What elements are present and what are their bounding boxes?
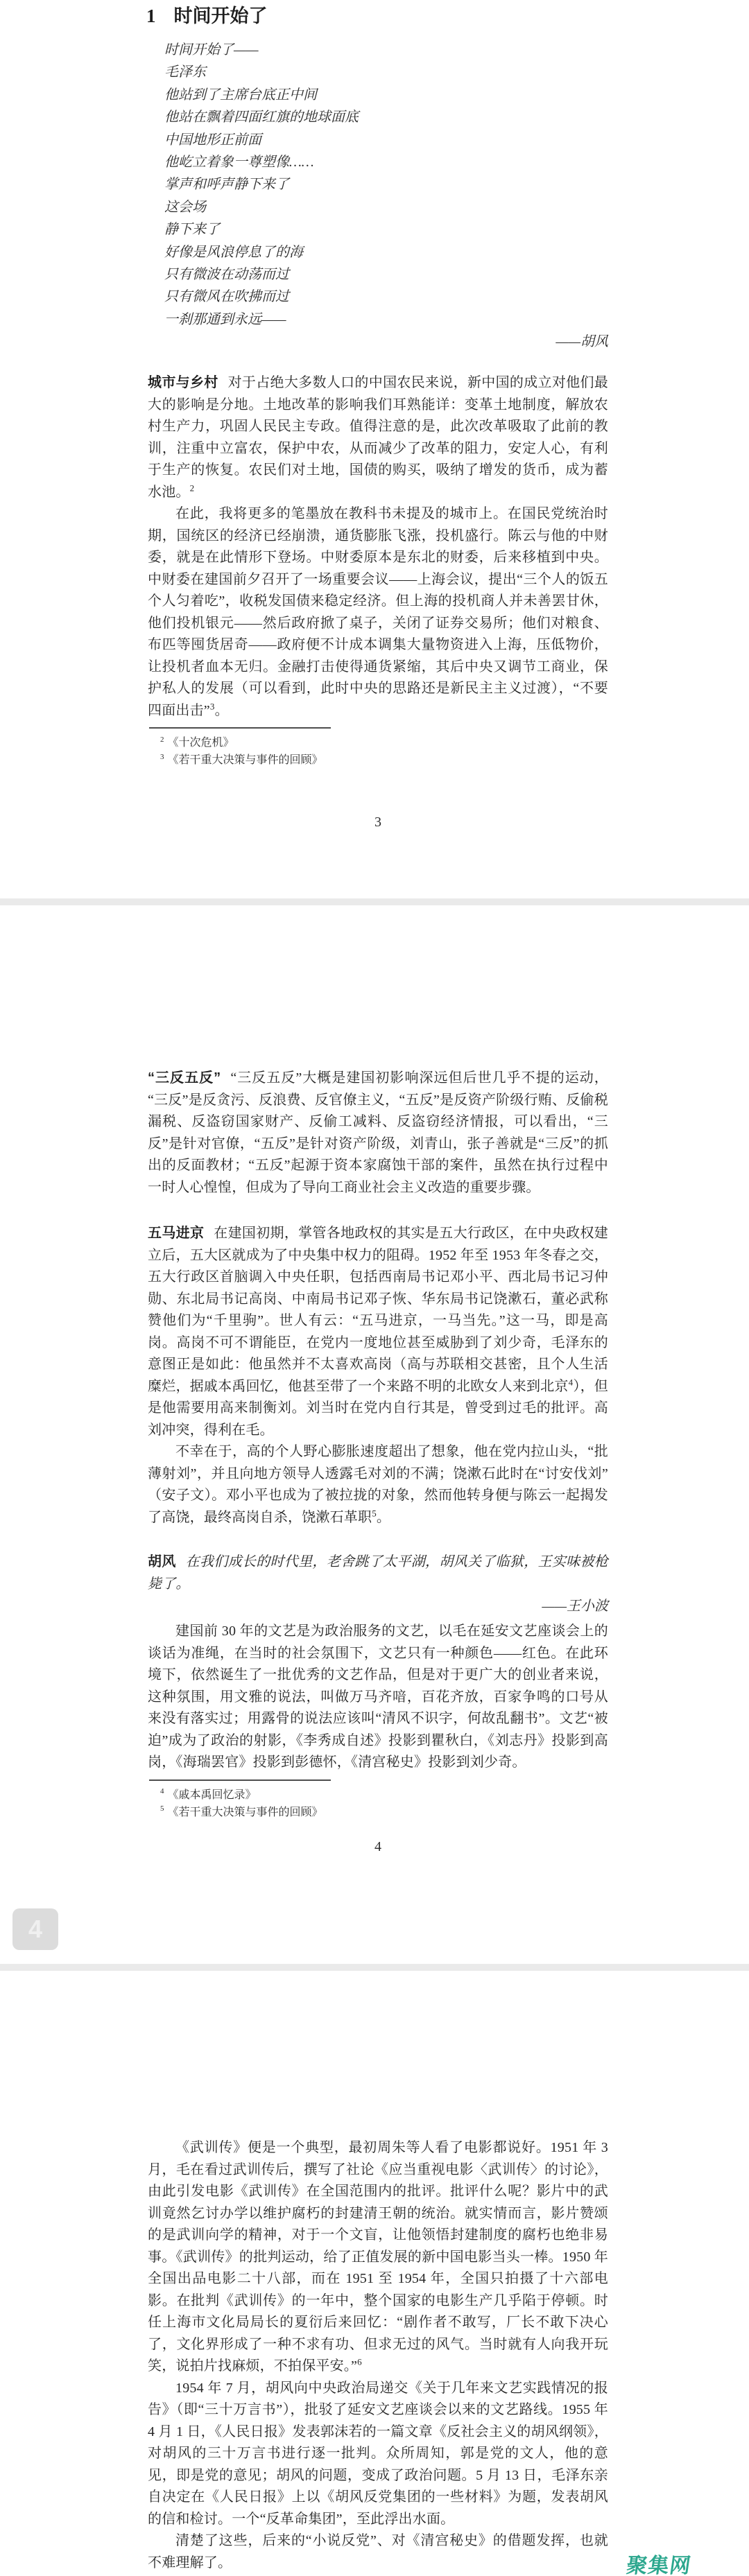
section-hufeng: 胡风在我们成长的时代里，老舍跳了太平湖，胡风关了临狱，王实味被枪毙了。 bbox=[148, 1551, 608, 1595]
footnote-item: 3《若干重大决策与事件的回顾》 bbox=[148, 751, 608, 769]
paragraph-wuxunzhuan: 《武训传》便是一个典型，最初周朱等人看了电影都说好。1951 年 3 月，毛在看… bbox=[148, 2137, 608, 2378]
poem-line: 时间开始了—— bbox=[164, 39, 608, 61]
page-indicator-badge: 4 bbox=[12, 1908, 58, 1950]
book-page-5: 《武训传》便是一个典型，最初周朱等人看了电影都说好。1951 年 3 月，毛在看… bbox=[0, 1971, 749, 2576]
poem-line: 中国地形正前面 bbox=[164, 129, 608, 151]
section-city-country: 城市与乡村对于占绝大多数人口的中国农民来说，新中国的成立对他们最大的影响是分地。… bbox=[148, 372, 608, 503]
section-wuma-jinjing: 五马进京在建国初期，掌管各地政权的其实是五大行政区，在中央政权建立后，五大区就成… bbox=[148, 1223, 608, 1441]
section-body: 对于占绝大多数人口的中国农民来说，新中国的成立对他们最大的影响是分地。土地改革的… bbox=[148, 375, 608, 500]
section-heading: 胡风 bbox=[148, 1554, 176, 1569]
paragraph-tail: 。 bbox=[377, 1510, 390, 1525]
paragraph-inflation: 在此，我将更多的笔墨放在教科书未提及的城市上。在国民党统治时期，国统区的经济已经… bbox=[148, 503, 608, 722]
poem-line: 一刹那通到永远—— bbox=[164, 308, 608, 331]
poem-block: 时间开始了—— 毛泽东 他站到了主席台底正中间 他站在飘着四面红旗的地球面底 中… bbox=[164, 39, 608, 331]
paragraph-conclusion: 清楚了这些，后来的“小说反党”、对《清宫秘史》的借题发挥，也就不难理解了。 bbox=[148, 2530, 608, 2574]
page-separator-band bbox=[0, 1964, 749, 1971]
paragraph-body: 《武训传》便是一个典型，最初周朱等人看了电影都说好。1951 年 3 月，毛在看… bbox=[148, 2140, 608, 2374]
paragraph-hufeng-report: 1954 年 7 月，胡风向中央政治局递交《关于几年来文艺实践情况的报告》（即“… bbox=[148, 2378, 608, 2531]
footnote-ref-3: 3 bbox=[210, 701, 215, 711]
chapter-title-text: 时间开始了 bbox=[174, 6, 268, 26]
document-reader: 1时间开始了 时间开始了—— 毛泽东 他站到了主席台底正中间 他站在飘着四面红旗… bbox=[0, 0, 749, 2576]
poem-line: 这会场 bbox=[164, 196, 608, 218]
paragraph-wenyi: 建国前 30 年的文艺是为政治服务的文艺，以毛在延安文艺座谈会上的谈话为准绳，在… bbox=[148, 1621, 608, 1774]
paragraph-gaorao: 不幸在于，高的个人野心膨胀速度超出了想象，他在党内拉山头，“批薄射刘”，并且向地… bbox=[148, 1441, 608, 1529]
page-number: 4 bbox=[148, 1839, 608, 1855]
section-heading: 城市与乡村 bbox=[148, 375, 218, 390]
page-number: 3 bbox=[148, 815, 608, 830]
footnote-separator bbox=[149, 1779, 331, 1781]
footnote-text: 《十次危机》 bbox=[168, 737, 234, 749]
poem-line: 他站在飘着四面红旗的地球面底 bbox=[164, 106, 608, 128]
poem-line: 他站到了主席台底正中间 bbox=[164, 84, 608, 106]
footnote-text: 《若干重大决策与事件的回顾》 bbox=[168, 1807, 323, 1818]
paragraph-body: 在此，我将更多的笔墨放在教科书未提及的城市上。在国民党统治时期，国统区的经济已经… bbox=[148, 506, 608, 718]
poem-line: 掌声和呼声静下来了 bbox=[164, 173, 608, 195]
poem-line: 只有微波在动荡而过 bbox=[164, 263, 608, 286]
footnote-separator bbox=[149, 727, 331, 729]
site-watermark: 聚集网 bbox=[625, 2548, 694, 2576]
footnote-ref-6: 6 bbox=[357, 2356, 362, 2367]
section-body: “三反五反”大概是建国初影响深远但后世几乎不提的运动，“三反”是反贪污、反浪费、… bbox=[148, 1070, 608, 1195]
section-body: 在建国初期，掌管各地政权的其实是五大行政区，在中央政权建立后，五大区就成为了中央… bbox=[148, 1226, 608, 1394]
paragraph-body: 建国前 30 年的文艺是为政治服务的文艺，以毛在延安文艺座谈会上的谈话为准绳，在… bbox=[148, 1624, 608, 1770]
footnote-number: 2 bbox=[160, 736, 164, 744]
footnote-number: 4 bbox=[160, 1787, 164, 1795]
paragraph-tail: 。 bbox=[215, 703, 229, 718]
section-heading: 五马进京 bbox=[148, 1226, 204, 1241]
footnote-text: 《戚本禹回忆录》 bbox=[168, 1789, 257, 1801]
footnote-item: 2《十次危机》 bbox=[148, 734, 608, 751]
footnote-number: 3 bbox=[160, 753, 164, 761]
quote-attribution: ——王小波 bbox=[148, 1596, 608, 1616]
footnote-item: 4《戚本禹回忆录》 bbox=[148, 1786, 608, 1804]
poem-line: 好像是风浪停息了的海 bbox=[164, 241, 608, 263]
page-separator-band bbox=[0, 898, 749, 905]
footnote-item: 5《若干重大决策与事件的回顾》 bbox=[148, 1804, 608, 1821]
book-page-4: “三反五反”“三反五反”大概是建国初影响深远但后世几乎不提的运动，“三反”是反贪… bbox=[0, 905, 749, 1964]
chapter-number: 1 bbox=[146, 6, 156, 26]
poem-attribution: ——胡风 bbox=[148, 332, 608, 351]
section-heading: “三反五反” bbox=[148, 1070, 221, 1086]
poem-line: 只有微风在吹拂而过 bbox=[164, 286, 608, 308]
footnote-ref-2: 2 bbox=[190, 482, 195, 493]
footnote-number: 5 bbox=[160, 1804, 164, 1813]
footnote-text: 《若干重大决策与事件的回顾》 bbox=[168, 754, 323, 766]
chapter-title: 1时间开始了 bbox=[146, 4, 608, 28]
poem-line: 静下来了 bbox=[164, 218, 608, 241]
section-quote: 在我们成长的时代里，老舍跳了太平湖，胡风关了临狱，王实味被枪毙了。 bbox=[148, 1554, 608, 1592]
book-page-3: 1时间开始了 时间开始了—— 毛泽东 他站到了主席台底正中间 他站在飘着四面红旗… bbox=[0, 0, 749, 898]
footnote-ref-5: 5 bbox=[372, 1508, 377, 1518]
poem-line: 他屹立着象一尊塑像…… bbox=[164, 151, 608, 173]
section-sanfan-wufan: “三反五反”“三反五反”大概是建国初影响深远但后世几乎不提的运动，“三反”是反贪… bbox=[148, 1068, 608, 1199]
poem-line: 毛泽东 bbox=[164, 61, 608, 83]
